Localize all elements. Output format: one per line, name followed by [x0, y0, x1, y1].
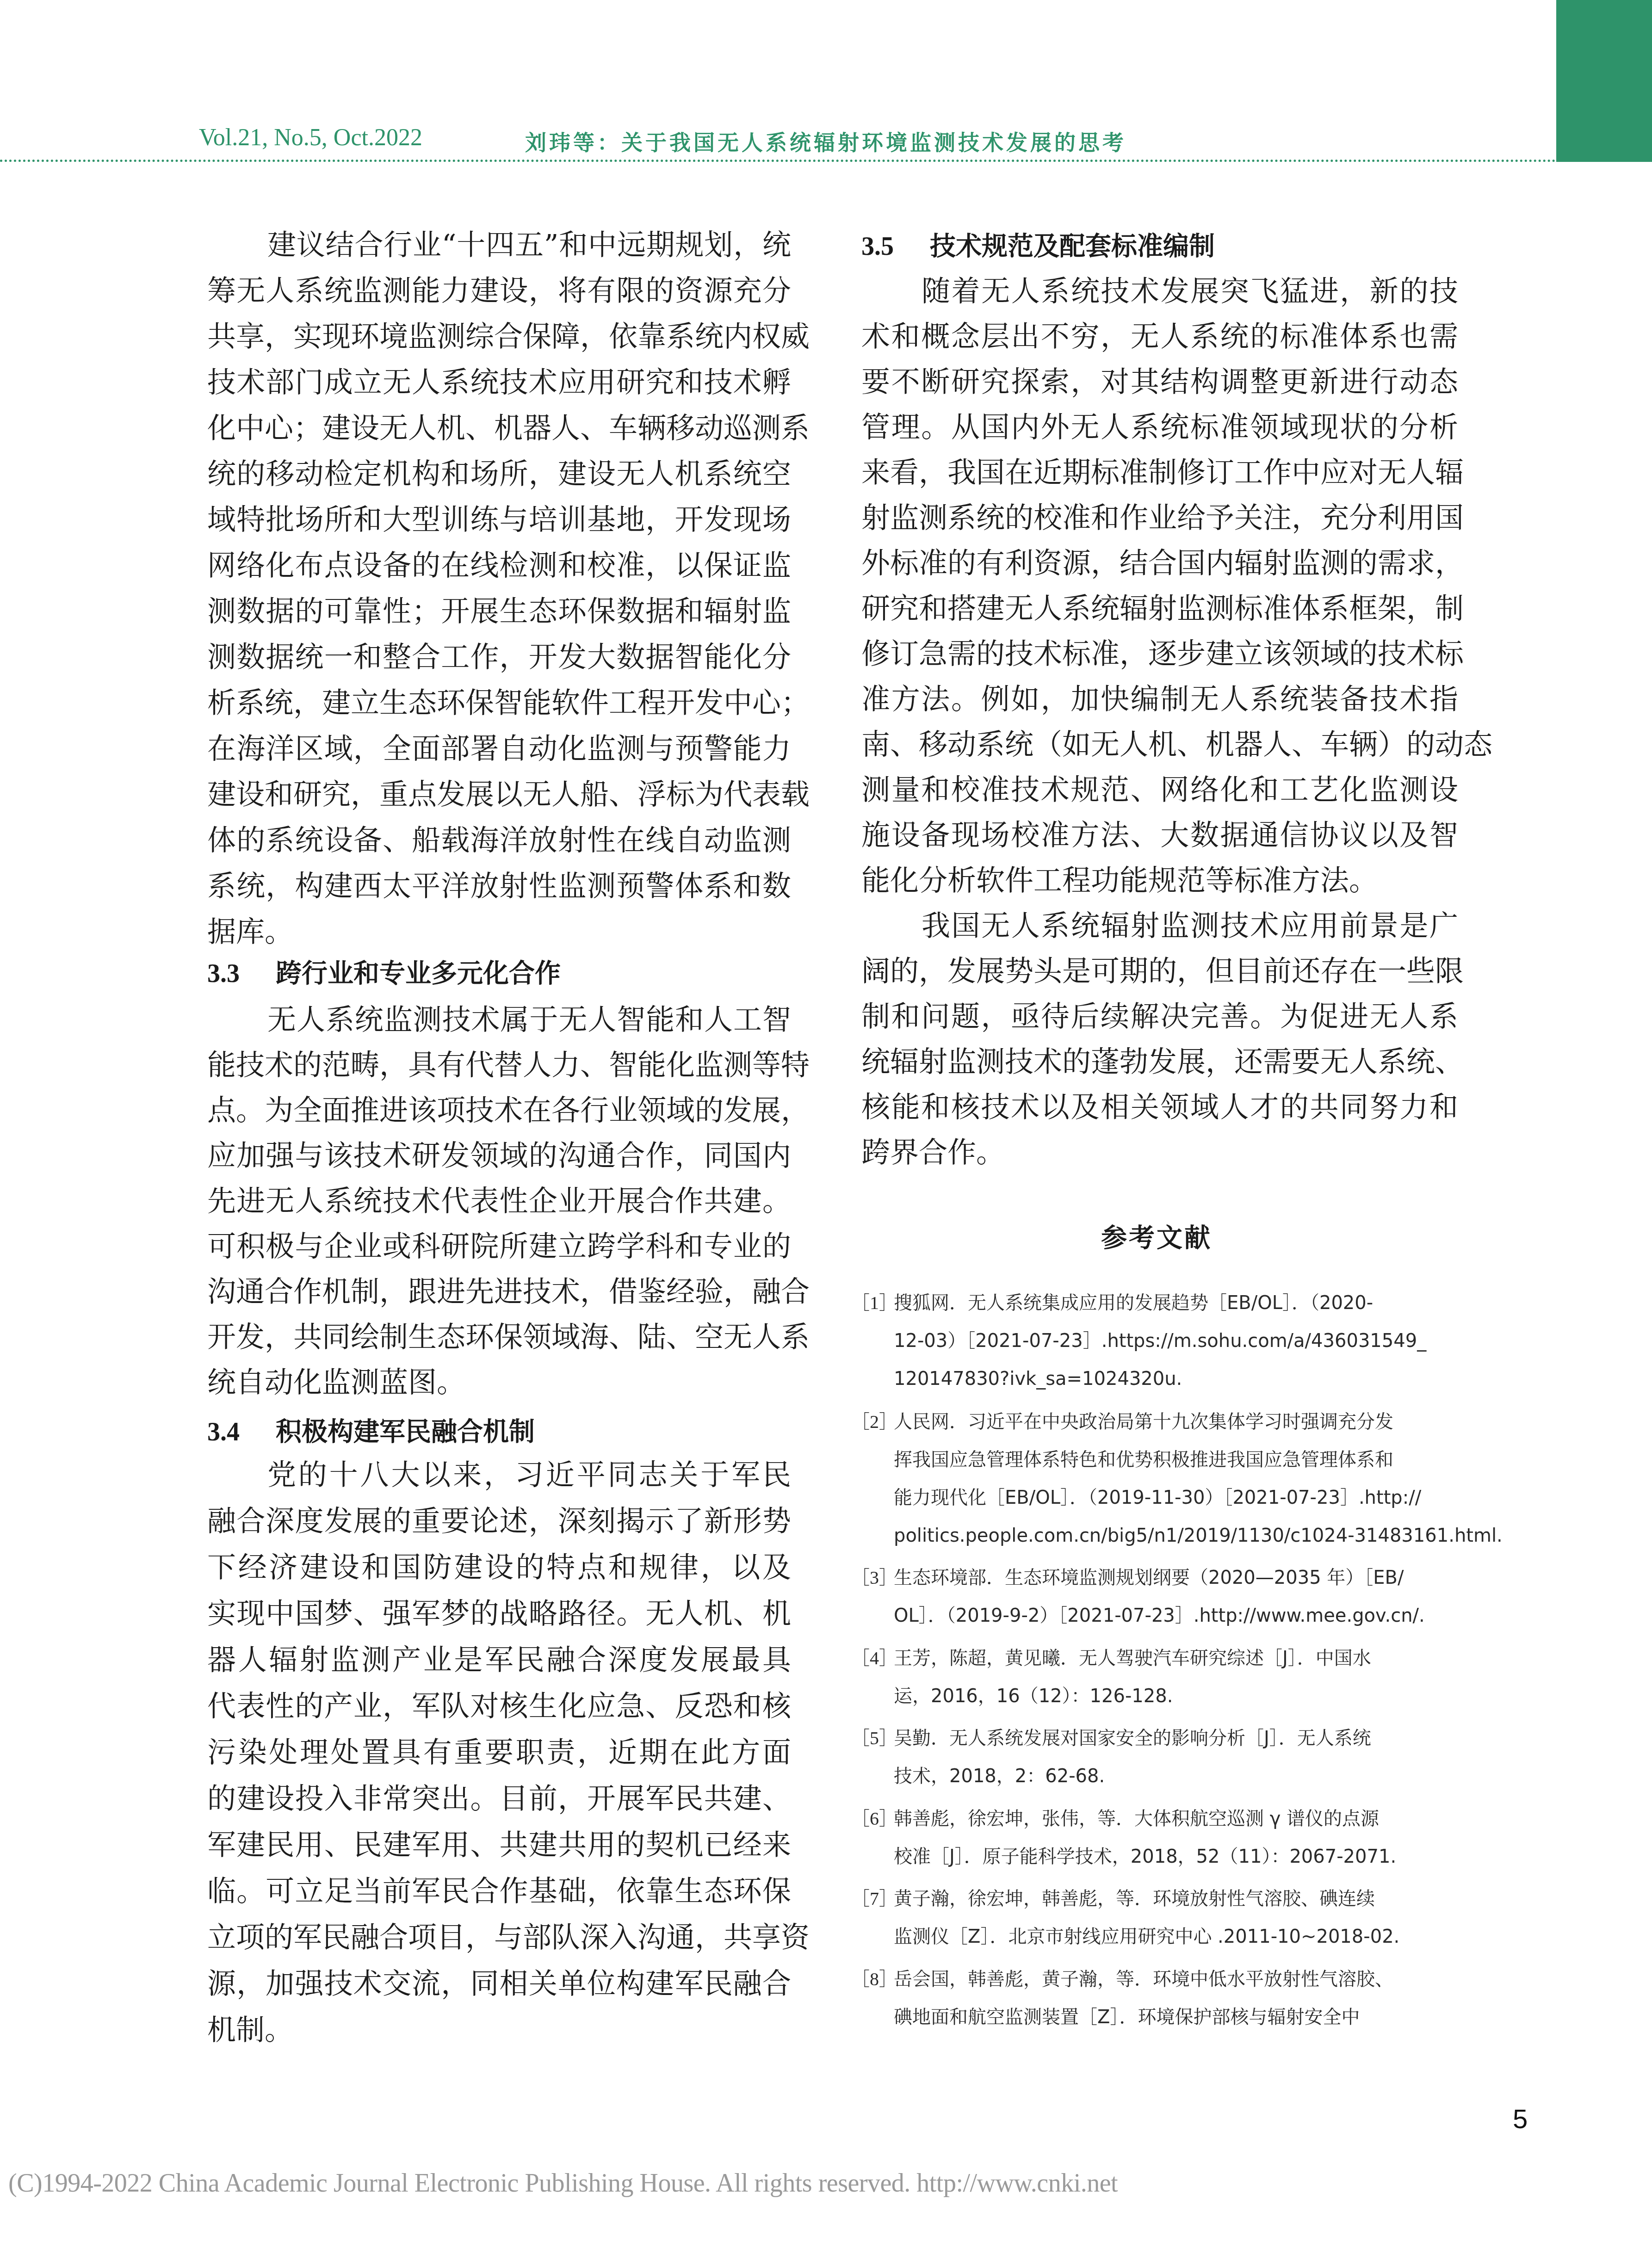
- text-line: 南、移动系统（如无人机、机器人、车辆）的动态: [861, 729, 1458, 761]
- section-number: 3.5: [861, 231, 930, 262]
- text-line: 随着无人系统技术发展突飞猛进，新的技: [861, 275, 1458, 308]
- text-line: 污染处理处置具有重要职责，近期在此方面: [207, 1736, 791, 1769]
- text-line: 系统，构建西太平洋放射性监测预警体系和数: [207, 870, 791, 902]
- text-line: 建设和研究，重点发展以无人船、浮标为代表载: [207, 778, 791, 811]
- text-line: 临。可立足当前军民合作基础，依靠生态环保: [207, 1875, 791, 1908]
- reference-item: ［2］人民网．习近平在中央政治局第十九次集体学习时强调充分发: [851, 1412, 1458, 1432]
- reference-text: 生态环境部．生态环境监测规划纲要（2020—2035 年）［EB/: [894, 1567, 1404, 1588]
- copyright-notice: (C)1994-2022 China Academic Journal Elec…: [8, 2168, 1118, 2198]
- section-number: 3.3: [207, 958, 276, 989]
- reference-index: ［1］: [851, 1293, 894, 1313]
- text-line: 器人辐射监测产业是军民融合深度发展最具: [207, 1644, 791, 1676]
- reference-index: ［5］: [851, 1728, 894, 1748]
- text-line: 在海洋区域，全面部署自动化监测与预警能力: [207, 733, 791, 765]
- reference-index: ［3］: [851, 1568, 894, 1588]
- text-line: 外标准的有利资源，结合国内辐射监测的需求，: [861, 547, 1458, 580]
- journal-color-tab: [1556, 0, 1652, 162]
- text-line: 能化分析软件工程功能规范等标准方法。: [861, 865, 1458, 897]
- text-line: 化中心；建设无人机、机器人、车辆移动巡测系: [207, 412, 791, 445]
- text-line: 点。为全面推进该项技术在各行业领域的发展，: [207, 1094, 791, 1127]
- text-line: 跨界合作。: [861, 1136, 1458, 1169]
- text-line: 党的十八大以来，习近平同志关于军民: [207, 1459, 791, 1491]
- text-line: 研究和搭建无人系统辐射监测标准体系框架，制: [861, 593, 1458, 625]
- reference-text: 校准［J］．原子能科学技术，2018，52（11）：2067-2071.: [894, 1847, 1396, 1867]
- text-line: 开发，共同绘制生态环保领域海、陆、空无人系: [207, 1321, 791, 1353]
- reference-item: ［1］搜狐网．无人系统集成应用的发展趋势［EB/OL］．（2020-: [851, 1293, 1458, 1313]
- text-line: 机制。: [207, 2014, 791, 2046]
- text-line: 术和概念层出不穷，无人系统的标准体系也需: [861, 321, 1458, 353]
- reference-text: 岳会国，韩善彪，黄子瀚，等．环境中低水平放射性气溶胶、: [894, 1969, 1393, 1990]
- text-line: 融合深度发展的重要论述，深刻揭示了新形势: [207, 1505, 791, 1538]
- text-line: 统自动化监测蓝图。: [207, 1366, 791, 1399]
- text-line: 源，加强技术交流，同相关单位构建军民融合: [207, 1968, 791, 2000]
- text-line: 沟通合作机制，跟进先进技术，借鉴经验，融合: [207, 1276, 791, 1308]
- section-title: 积极构建军民融合机制: [276, 1417, 535, 1447]
- section-heading-3-5: 3.5技术规范及配套标准编制: [861, 231, 1215, 262]
- text-line: 核能和核技术以及相关领域人才的共同努力和: [861, 1091, 1458, 1124]
- page-number: 5: [1513, 2104, 1528, 2135]
- text-line: 统辐射监测技术的蓬勃发展，还需要无人系统、: [861, 1046, 1458, 1078]
- reference-item: ［5］吴勤．无人系统发展对国家安全的影响分析［J］．无人系统: [851, 1728, 1458, 1748]
- reference-text: 运，2016，16（12）：126-128.: [894, 1686, 1173, 1706]
- journal-volume-info: Vol.21, No.5, Oct.2022: [199, 124, 422, 151]
- text-line: 射监测系统的校准和作业给予关注，充分利用国: [861, 502, 1458, 534]
- reference-text[interactable]: 能力现代化［EB/OL］．（2019-11-30）［2021-07-23］.ht…: [894, 1488, 1421, 1508]
- text-line: 共享，实现环境监测综合保障，依靠系统内权威: [207, 321, 791, 353]
- reference-text: 吴勤．无人系统发展对国家安全的影响分析［J］．无人系统: [894, 1728, 1371, 1749]
- text-line: 准方法。例如，加快编制无人系统装备技术指: [861, 683, 1458, 716]
- text-line: 下经济建设和国防建设的特点和规律，以及: [207, 1551, 791, 1584]
- text-line: 施设备现场校准方法、大数据通信协议以及智: [861, 819, 1458, 852]
- reference-item: ［3］生态环境部．生态环境监测规划纲要（2020—2035 年）［EB/: [851, 1568, 1458, 1588]
- text-line: 要不断研究探索，对其结构调整更新进行动态: [861, 366, 1458, 398]
- reference-item: ［7］黄子瀚，徐宏坤，韩善彪，等．环境放射性气溶胶、碘连续: [851, 1889, 1458, 1909]
- reference-text: 人民网．习近平在中央政治局第十九次集体学习时强调充分发: [894, 1411, 1393, 1433]
- text-line: 体的系统设备、船载海洋放射性在线自动监测: [207, 824, 791, 857]
- reference-text: 挥我国应急管理体系特色和优势积极推进我国应急管理体系和: [894, 1450, 1393, 1470]
- section-title: 技术规范及配套标准编制: [930, 231, 1215, 261]
- text-line: 来看，我国在近期标准制修订工作中应对无人辐: [861, 457, 1458, 489]
- header-divider: [0, 160, 1556, 162]
- reference-index: ［2］: [851, 1412, 894, 1432]
- running-title: 刘玮等：关于我国无人系统辐射环境监测技术发展的思考: [525, 126, 1126, 156]
- reference-text: 王芳，陈超，黄见曦．无人驾驶汽车研究综述［J］．中国水: [894, 1648, 1371, 1669]
- reference-text: 碘地面和航空监测装置［Z］．环境保护部核与辐射安全中: [894, 2007, 1360, 2027]
- text-line: 据库。: [207, 916, 791, 948]
- reference-text: 黄子瀚，徐宏坤，韩善彪，等．环境放射性气溶胶、碘连续: [894, 1888, 1375, 1909]
- text-line: 我国无人系统辐射监测技术应用前景是广: [861, 910, 1458, 942]
- text-line: 可积极与企业或科研院所建立跨学科和专业的: [207, 1230, 791, 1263]
- text-line: 网络化布点设备的在线检测和校准，以保证监: [207, 550, 791, 582]
- text-line: 测数据的可靠性；开展生态环保数据和辐射监: [207, 595, 791, 628]
- text-line: 筹无人系统监测能力建设，将有限的资源充分: [207, 275, 791, 307]
- text-line: 测量和校准技术规范、网络化和工艺化监测设: [861, 774, 1458, 806]
- reference-text[interactable]: 120147830?ivk_sa=1024320u.: [894, 1369, 1182, 1389]
- reference-text[interactable]: politics.people.com.cn/big5/n1/2019/1130…: [894, 1526, 1503, 1546]
- text-line: 测数据统一和整合工作，开发大数据智能化分: [207, 641, 791, 673]
- reference-index: ［8］: [851, 1969, 894, 1989]
- text-line: 实现中国梦、强军梦的战略路径。无人机、机: [207, 1598, 791, 1630]
- text-line: 域特批场所和大型训练与培训基地，开发现场: [207, 504, 791, 536]
- text-line: 代表性的产业，军队对核生化应急、反恐和核: [207, 1690, 791, 1723]
- text-line: 的建设投入非常突出。目前，开展军民共建、: [207, 1783, 791, 1815]
- section-title: 跨行业和专业多元化合作: [276, 958, 561, 988]
- reference-index: ［4］: [851, 1648, 894, 1668]
- reference-text[interactable]: 12-03）［2021-07-23］.https://m.sohu.com/a/…: [894, 1331, 1426, 1351]
- reference-text: 韩善彪，徐宏坤，张伟，等．大体积航空巡测 γ 谱仪的点源: [894, 1808, 1379, 1829]
- reference-item: ［8］岳会国，韩善彪，黄子瀚，等．环境中低水平放射性气溶胶、: [851, 1969, 1458, 1989]
- reference-text: 搜狐网．无人系统集成应用的发展趋势［EB/OL］．（2020-: [894, 1292, 1373, 1314]
- text-line: 管理。从国内外无人系统标准领域现状的分析: [861, 411, 1458, 444]
- references-heading: 参考文献: [1101, 1217, 1212, 1254]
- reference-text[interactable]: OL］．（2019-9-2）［2021-07-23］.http://www.me…: [894, 1606, 1425, 1626]
- reference-text: 技术，2018，2：62-68.: [894, 1766, 1105, 1786]
- reference-text: 监测仪［Z］．北京市射线应用研究中心 .2011-10~2018-02.: [894, 1927, 1399, 1947]
- text-line: 立项的军民融合项目，与部队深入沟通，共享资: [207, 1921, 791, 1954]
- text-line: 修订急需的技术标准，逐步建立该领域的技术标: [861, 638, 1458, 670]
- text-line: 应加强与该技术研发领域的沟通合作，同国内: [207, 1140, 791, 1172]
- section-heading-3-3: 3.3跨行业和专业多元化合作: [207, 958, 561, 989]
- text-line: 制和问题，亟待后续解决完善。为促进无人系: [861, 1001, 1458, 1033]
- text-line: 统的移动检定机构和场所，建设无人机系统空: [207, 458, 791, 490]
- reference-item: ［4］王芳，陈超，黄见曦．无人驾驶汽车研究综述［J］．中国水: [851, 1648, 1458, 1668]
- reference-index: ［7］: [851, 1889, 894, 1909]
- reference-item: ［6］韩善彪，徐宏坤，张伟，等．大体积航空巡测 γ 谱仪的点源: [851, 1809, 1458, 1829]
- text-line: 军建民用、民建军用、共建共用的契机已经来: [207, 1829, 791, 1861]
- text-line: 先进无人系统技术代表性企业开展合作共建。: [207, 1185, 791, 1217]
- reference-index: ［6］: [851, 1809, 894, 1829]
- text-line: 技术部门成立无人系统技术应用研究和技术孵: [207, 366, 791, 399]
- text-line: 无人系统监测技术属于无人智能和人工智: [207, 1004, 791, 1036]
- text-line: 建议结合行业“十四五”和中远期规划，统: [207, 229, 791, 261]
- section-number: 3.4: [207, 1417, 276, 1447]
- section-heading-3-4: 3.4积极构建军民融合机制: [207, 1417, 535, 1447]
- text-line: 析系统，建立生态环保智能软件工程开发中心；: [207, 687, 791, 719]
- text-line: 能技术的范畴，具有代替人力、智能化监测等特: [207, 1049, 791, 1081]
- text-line: 阔的，发展势头是可期的，但目前还存在一些限: [861, 955, 1458, 988]
